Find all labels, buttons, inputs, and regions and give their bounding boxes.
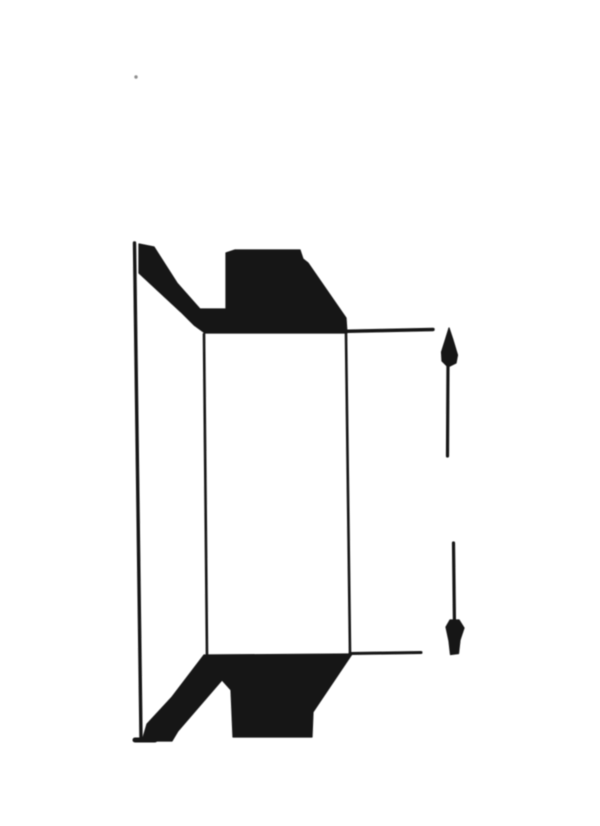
ink-layer [134,75,464,741]
lower-extension-line [350,653,421,654]
body-outline-left [204,334,207,656]
lower-dimension-arrowhead [446,620,464,655]
lower-dimension-arrow-shaft [454,543,455,628]
paper-speck [134,75,137,78]
lower-lip-cross-section [142,654,352,741]
body-outline-right [346,334,350,653]
scanned-drawing-page [0,0,600,826]
upper-lip-cross-section [139,244,347,333]
technical-diagram [0,0,600,826]
upper-dimension-arrow-shaft [448,360,449,456]
upper-extension-line [336,330,433,332]
left-profile-line [135,243,142,738]
